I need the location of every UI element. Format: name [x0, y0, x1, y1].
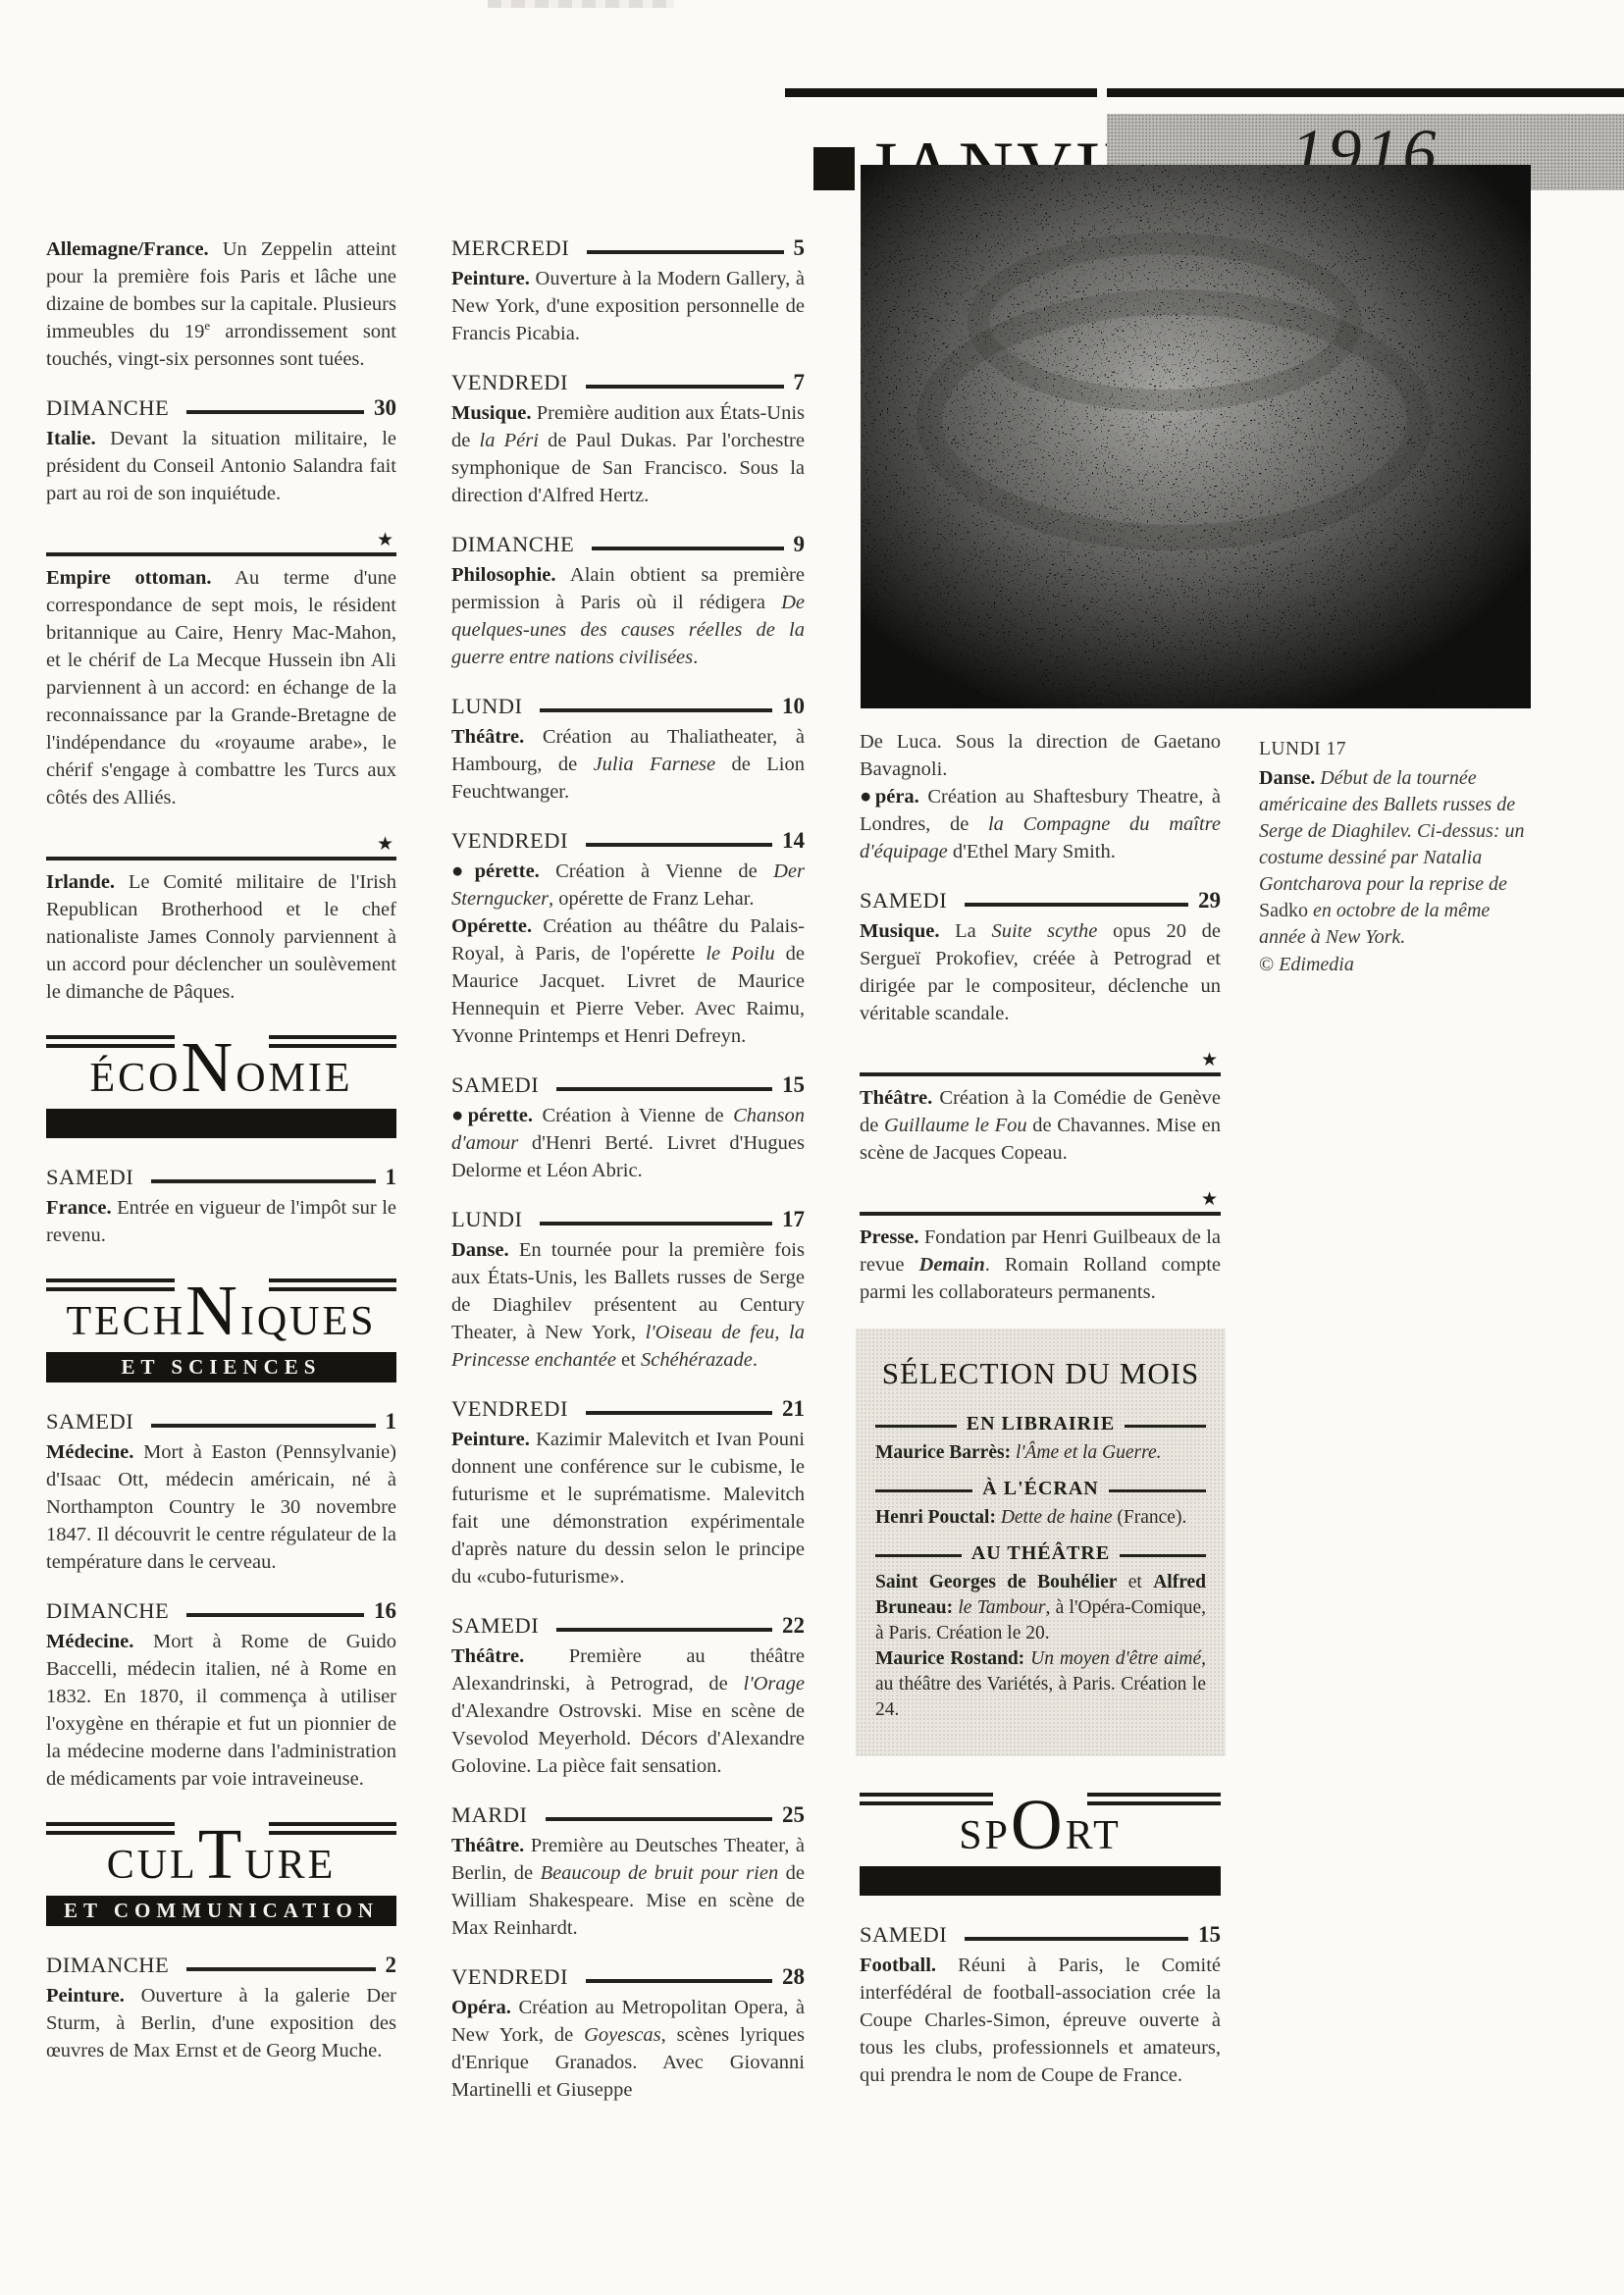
star-icon: ★ [46, 834, 396, 855]
section-title-pre: CUL [107, 1843, 198, 1888]
day-number: 5 [794, 235, 806, 261]
text-run: Peinture. [451, 1429, 530, 1450]
text-run: Italie. [46, 428, 96, 449]
star-icon: ★ [860, 1050, 1221, 1070]
text-run: au théâtre des Variétés, à Paris. Créati… [875, 1674, 1206, 1720]
day-name: MERCREDI [451, 235, 569, 261]
entry-body: Théâtre. Création à la Comédie de Genève… [860, 1084, 1221, 1167]
group-rule [1125, 1425, 1206, 1428]
text-run: Théâtre. [451, 1645, 524, 1667]
text-run: Théâtre. [451, 1835, 524, 1856]
selection-item: Maurice Barrès: l'Âme et la Guerre. [875, 1440, 1206, 1466]
costume-photo [861, 165, 1531, 708]
text-run: Guillaume le Fou [884, 1115, 1027, 1136]
rule [46, 857, 396, 861]
entry-body: Musique. La Suite scythe opus 20 de Serg… [860, 917, 1221, 1027]
text-run: d'Ethel Mary Smith. [948, 841, 1116, 862]
star-icon: ★ [46, 530, 396, 550]
text-run: Peinture. [451, 268, 530, 289]
text-run: La [939, 920, 991, 942]
entry-day-line: LUNDI10 [451, 694, 805, 719]
entry-day-line: VENDREDI21 [451, 1396, 805, 1422]
star-rule: ★ [46, 530, 396, 556]
entry-day-line: SAMEDI15 [860, 1922, 1221, 1948]
day-number: 29 [1198, 888, 1221, 913]
day-rule [556, 1628, 772, 1632]
group-rule [1120, 1554, 1206, 1557]
text-run: Un moyen d'être aimé, [1024, 1648, 1206, 1669]
day-number: 7 [794, 370, 806, 395]
entry-body: Théâtre. Création au Thaliatheater, à Ha… [451, 723, 805, 806]
calendar-entry: SAMEDI1France. Entrée en vigueur de l'im… [46, 1165, 396, 1249]
day-number: 15 [1198, 1922, 1221, 1948]
entry-day-line: MARDI25 [451, 1802, 805, 1828]
day-number: 17 [782, 1207, 805, 1232]
text-run: Empire ottoman. [46, 567, 211, 589]
text-run: l'Âme et la Guerre. [1011, 1442, 1161, 1463]
section-title: SPORT [860, 1801, 1221, 1859]
text-run: et [1117, 1572, 1153, 1592]
day-name: VENDREDI [451, 1964, 568, 1990]
text-run: Demain [919, 1254, 985, 1276]
month-bullet-square-icon [813, 147, 855, 190]
text-run: Création à Vienne de [540, 861, 773, 882]
text-run: Musique. [860, 920, 939, 942]
text-run: ●pérette. [451, 861, 540, 882]
day-name: SAMEDI [860, 888, 947, 913]
entry-day-line: VENDREDI28 [451, 1964, 805, 1990]
rule-segment [269, 1278, 397, 1282]
selection-item: Henri Pouctal: Dette de haine (France). [875, 1505, 1206, 1531]
day-rule [151, 1424, 375, 1428]
text-run: Dette de haine [996, 1507, 1113, 1528]
text-run: l'Orage [744, 1673, 805, 1695]
section-title-post: IQUES [240, 1299, 377, 1344]
text-run: ●pérette. [451, 1105, 533, 1126]
day-rule [186, 1613, 364, 1617]
entry-day-line: VENDREDI14 [451, 828, 805, 854]
calendar-entry: SAMEDI22Théâtre. Première au théâtre Ale… [451, 1613, 805, 1780]
text-run: Opérette. [451, 915, 532, 937]
rule [46, 552, 396, 556]
caption-body: Danse. Début de la tournée américaine de… [1259, 765, 1534, 951]
entry-day-line: DIMANCHE2 [46, 1953, 396, 1978]
entry-day-line: DIMANCHE16 [46, 1598, 396, 1624]
entry-day-line: SAMEDI15 [451, 1072, 805, 1098]
day-number: 9 [794, 532, 806, 557]
selection-group-label: EN LIBRAIRIE [875, 1413, 1206, 1435]
section-title-post: URE [244, 1843, 336, 1888]
column-1: Allemagne/France. Un Zeppelin atteint po… [46, 235, 396, 2087]
day-number: 22 [782, 1613, 805, 1639]
photo-noise-graphic [861, 165, 1531, 708]
day-name: DIMANCHE [46, 1953, 169, 1978]
entry-body: Peinture. Kazimir Malevitch et Ivan Poun… [451, 1426, 805, 1591]
day-rule [586, 843, 772, 847]
text-run: Presse. [860, 1226, 919, 1248]
section-title-pre: TECH [66, 1299, 185, 1344]
entry-body: ●pérette. Création à Vienne de Chanson d… [451, 1102, 805, 1184]
entry-body: Médecine. Mort à Easton (Pennsylvanie) d… [46, 1438, 396, 1576]
day-number: 10 [782, 694, 805, 719]
entry-day-line: VENDREDI7 [451, 370, 805, 395]
calendar-entry: Allemagne/France. Un Zeppelin atteint po… [46, 235, 396, 373]
star-rule: ★ [860, 1189, 1221, 1216]
day-number: 16 [374, 1598, 396, 1624]
day-number: 30 [374, 395, 396, 421]
group-rule [875, 1489, 972, 1492]
section-title: TECHNIQUES [46, 1287, 396, 1345]
section-header-culture: CULTUREET COMMUNICATION [46, 1815, 396, 1926]
selection-box: SÉLECTION DU MOISEN LIBRAIRIEMaurice Bar… [856, 1329, 1226, 1756]
calendar-entry: ★Presse. Fondation par Henri Guilbeaux d… [860, 1189, 1221, 1306]
calendar-entry: SAMEDI1Médecine. Mort à Easton (Pennsylv… [46, 1409, 396, 1576]
section-subtitle-bar [860, 1866, 1221, 1896]
entry-body: Théâtre. Première au théâtre Alexandrins… [451, 1643, 805, 1780]
group-label-text: AU THÉÂTRE [962, 1542, 1120, 1565]
text-run: Peinture. [46, 1985, 125, 2007]
calendar-entry: VENDREDI21Peinture. Kazimir Malevitch et… [451, 1396, 805, 1591]
text-run: De Luca. Sous la direction de Gaetano Ba… [860, 731, 1221, 780]
text-run: Théâtre. [451, 726, 524, 748]
calendar-entry: SAMEDI15Football. Réuni à Paris, le Comi… [860, 1922, 1221, 2089]
section-title-big-letter: N [185, 1271, 240, 1350]
star-icon: ★ [860, 1189, 1221, 1210]
section-title: ÉCONOMIE [46, 1044, 396, 1102]
entry-day-line: SAMEDI22 [451, 1613, 805, 1639]
day-rule [540, 708, 772, 712]
text-run: et [616, 1349, 641, 1371]
text-run: Goyescas [584, 2024, 661, 2046]
entry-body: Irlande. Le Comité militaire de l'Irish … [46, 868, 396, 1006]
day-name: SAMEDI [46, 1165, 133, 1190]
page: { "header": { "month_prefix": "JANVIE", … [0, 0, 1624, 2295]
group-label-text: À L'ÉCRAN [972, 1478, 1108, 1500]
text-run: Médecine. [46, 1631, 133, 1652]
day-name: SAMEDI [46, 1409, 133, 1434]
entry-body: Théâtre. Première au Deutsches Theater, … [451, 1832, 805, 1942]
day-number: 1 [386, 1165, 397, 1190]
text-run: Mort à Rome de Guido Baccelli, médecin i… [46, 1631, 396, 1790]
entry-body: Allemagne/France. Un Zeppelin atteint po… [46, 235, 396, 373]
text-run: Henri Pouctal: [875, 1507, 996, 1528]
entry-day-line: MERCREDI5 [451, 235, 805, 261]
text-run: © [1259, 954, 1279, 975]
day-rule [587, 250, 783, 254]
column-2: MERCREDI5Peinture. Ouverture à la Modern… [451, 235, 805, 2126]
entry-body: Médecine. Mort à Rome de Guido Baccelli,… [46, 1628, 396, 1793]
text-run: Au terme d'une correspondance de sept mo… [46, 567, 396, 808]
day-name: SAMEDI [451, 1072, 539, 1098]
day-name: LUNDI [451, 1207, 522, 1232]
day-rule [546, 1817, 772, 1821]
entry-body: Football. Réuni à Paris, le Comité inter… [860, 1952, 1221, 2089]
day-number: 14 [782, 828, 805, 854]
entry-body: Presse. Fondation par Henri Guilbeaux de… [860, 1224, 1221, 1306]
text-run: Saint Georges de Bouhélier [875, 1572, 1117, 1592]
rule-segment [860, 1793, 993, 1797]
section-title-post: RT [1066, 1813, 1122, 1858]
text-run: Création à Vienne de [533, 1105, 733, 1126]
section-title-post: OMIE [236, 1056, 352, 1101]
section-subtitle-bar: ET SCIENCES [46, 1352, 396, 1382]
selection-title: SÉLECTION DU MOIS [875, 1356, 1206, 1391]
rule-segment [46, 1035, 175, 1039]
star-rule: ★ [46, 834, 396, 861]
text-run: Danse. [1259, 767, 1315, 789]
section-header-sport: SPORT [860, 1786, 1221, 1896]
day-rule [965, 1937, 1188, 1941]
section-header-techniques: TECHNIQUESET SCIENCES [46, 1272, 396, 1382]
day-rule [186, 1967, 375, 1971]
text-run: Devant la situation militaire, le présid… [46, 428, 396, 504]
calendar-entry: LUNDI10Théâtre. Création au Thaliatheate… [451, 694, 805, 806]
column-3: De Luca. Sous la direction de Gaetano Ba… [860, 728, 1221, 2112]
entry-body: Philosophie. Alain obtient sa première p… [451, 561, 805, 671]
text-run: Musique. [451, 402, 531, 424]
rule-segment [1087, 1793, 1221, 1797]
entry-day-line: SAMEDI29 [860, 888, 1221, 913]
scan-artifact [488, 0, 674, 8]
day-number: 2 [386, 1953, 397, 1978]
text-run: Théâtre. [860, 1087, 932, 1109]
section-title-big-letter: N [181, 1027, 236, 1107]
day-name: SAMEDI [451, 1613, 539, 1639]
day-rule [186, 410, 364, 414]
section-title-big-letter: T [198, 1814, 245, 1894]
calendar-entry: DIMANCHE16Médecine. Mort à Rome de Guido… [46, 1598, 396, 1793]
day-number: 1 [386, 1409, 397, 1434]
entry-body: Danse. En tournée pour la première fois … [451, 1236, 805, 1374]
calendar-entry: DIMANCHE30Italie. Devant la situation mi… [46, 395, 396, 507]
text-run: . [753, 1349, 758, 1371]
day-rule [586, 1979, 772, 1983]
entry-body: Peinture. Ouverture à la Modern Gallery,… [451, 265, 805, 347]
calendar-entry: MERCREDI5Peinture. Ouverture à la Modern… [451, 235, 805, 347]
text-run: Julia Farnese [594, 754, 716, 775]
day-rule [151, 1179, 375, 1183]
calendar-entry: SAMEDI29Musique. La Suite scythe opus 20… [860, 888, 1221, 1027]
selection-item: Saint Georges de Bouhélier et Alfred Bru… [875, 1570, 1206, 1646]
day-number: 15 [782, 1072, 805, 1098]
text-run: Danse. [451, 1239, 509, 1261]
day-name: MARDI [451, 1802, 528, 1828]
text-run: . [693, 647, 698, 668]
calendar-entry: VENDREDI14●pérette. Création à Vienne de… [451, 828, 805, 1050]
text-run: Sadko [1259, 900, 1308, 921]
day-name: VENDREDI [451, 828, 568, 854]
section-title-pre: SP [959, 1813, 1011, 1858]
rule-segment [269, 1035, 397, 1039]
text-run: (France). [1113, 1507, 1187, 1528]
section-title-big-letter: O [1011, 1785, 1066, 1864]
text-run: Suite scythe [991, 920, 1097, 942]
calendar-entry: LUNDI17Danse. En tournée pour la premièr… [451, 1207, 805, 1374]
calendar-entry: ★Théâtre. Création à la Comédie de Genèv… [860, 1050, 1221, 1167]
text-run: Edimedia [1279, 954, 1354, 975]
calendar-entry: VENDREDI28Opéra. Création au Metropolita… [451, 1964, 805, 2104]
text-run: le Tambour [953, 1597, 1045, 1618]
group-rule [1109, 1489, 1206, 1492]
entry-day-line: SAMEDI1 [46, 1165, 396, 1190]
entry-day-line: DIMANCHE9 [451, 532, 805, 557]
entry-body: Peinture. Ouverture à la galerie Der Stu… [46, 1982, 396, 2064]
rule-segment [46, 1278, 175, 1282]
rule-segment [46, 1822, 175, 1826]
calendar-entry: ★Empire ottoman. Au terme d'une correspo… [46, 530, 396, 811]
selection-group-label: À L'ÉCRAN [875, 1478, 1206, 1500]
entry-day-line: LUNDI17 [451, 1207, 805, 1232]
entry-body: Empire ottoman. Au terme d'une correspon… [46, 564, 396, 811]
text-run: Schéhérazade [641, 1349, 753, 1371]
calendar-entry: SAMEDI15●pérette. Création à Vienne de C… [451, 1072, 805, 1184]
day-rule [556, 1087, 772, 1091]
text-run: Allemagne/France. [46, 238, 209, 260]
text-run: Maurice Barrès: [875, 1442, 1011, 1463]
caption-day: LUNDI 17 [1259, 736, 1534, 762]
text-run: la Péri [480, 430, 539, 451]
day-name: VENDREDI [451, 370, 568, 395]
entry-body: Opéra. Création au Metropolitan Opera, à… [451, 1994, 805, 2104]
day-number: 25 [782, 1802, 805, 1828]
day-name: SAMEDI [860, 1922, 947, 1948]
text-run: , opérette de Franz Lehar. [549, 888, 754, 910]
text-run: Beaucoup de bruit pour rien [541, 1862, 779, 1884]
entry-body: Italie. Devant la situation militaire, l… [46, 425, 396, 507]
day-name: DIMANCHE [46, 395, 169, 421]
section-header-economie: ÉCONOMIE [46, 1028, 396, 1138]
day-name: VENDREDI [451, 1396, 568, 1422]
calendar-entry: DIMANCHE2Peinture. Ouverture à la galeri… [46, 1953, 396, 2064]
text-run: Football. [860, 1955, 936, 1976]
calendar-entry: DIMANCHE9Philosophie. Alain obtient sa p… [451, 532, 805, 671]
photo-caption: LUNDI 17 Danse. Début de la tournée amér… [1259, 736, 1534, 978]
group-label-text: EN LIBRAIRIE [957, 1413, 1125, 1435]
text-run: d'Alexandre Ostrovski. Mise en scène de … [451, 1700, 805, 1777]
section-title-pre: ÉCO [89, 1056, 181, 1101]
selection-item: Maurice Rostand: Un moyen d'être aimé, a… [875, 1646, 1206, 1723]
text-run: le Poilu [706, 943, 774, 965]
text-run: ●péra. [860, 786, 919, 808]
day-rule [586, 385, 784, 389]
calendar-entry: ★Irlande. Le Comité militaire de l'Irish… [46, 834, 396, 1006]
section-subtitle-bar: ET COMMUNICATION [46, 1896, 396, 1926]
day-rule [965, 903, 1188, 907]
star-rule: ★ [860, 1050, 1221, 1076]
day-rule [592, 547, 783, 550]
day-name: DIMANCHE [451, 532, 574, 557]
text-run: Maurice Rostand: [875, 1648, 1024, 1669]
rule-segment [269, 1822, 397, 1826]
rule [860, 1072, 1221, 1076]
day-number: 28 [782, 1964, 805, 1990]
group-rule [875, 1554, 962, 1557]
calendar-entry: MARDI25Théâtre. Première au Deutsches Th… [451, 1802, 805, 1942]
day-name: LUNDI [451, 694, 522, 719]
day-name: DIMANCHE [46, 1598, 169, 1624]
entry-body: Musique. Première audition aux États-Uni… [451, 399, 805, 509]
entry-body: ●pérette. Création à Vienne de Der Stern… [451, 858, 805, 1050]
text-run: Opéra. [451, 1997, 511, 2018]
text-run: Irlande. [46, 871, 115, 893]
selection-group-label: AU THÉÂTRE [875, 1542, 1206, 1565]
day-rule [586, 1411, 772, 1415]
day-number: 21 [782, 1396, 805, 1422]
section-title: CULTURE [46, 1831, 396, 1889]
entry-day-line: SAMEDI1 [46, 1409, 396, 1434]
day-rule [540, 1222, 772, 1226]
caption-credit: © Edimedia [1259, 952, 1534, 978]
text-run: Philosophie. [451, 564, 556, 586]
text-run: France. [46, 1197, 112, 1219]
calendar-entry: VENDREDI7Musique. Première audition aux … [451, 370, 805, 509]
text-run: Médecine. [46, 1441, 133, 1463]
entry-day-line: DIMANCHE30 [46, 395, 396, 421]
entry-body: De Luca. Sous la direction de Gaetano Ba… [860, 728, 1221, 865]
text-run: Kazimir Malevitch et Ivan Pouni donnent … [451, 1429, 805, 1588]
group-rule [875, 1425, 957, 1428]
rule [860, 1212, 1221, 1216]
entry-body: France. Entrée en vigueur de l'impôt sur… [46, 1194, 396, 1249]
calendar-entry: De Luca. Sous la direction de Gaetano Ba… [860, 728, 1221, 865]
section-subtitle-bar [46, 1109, 396, 1138]
